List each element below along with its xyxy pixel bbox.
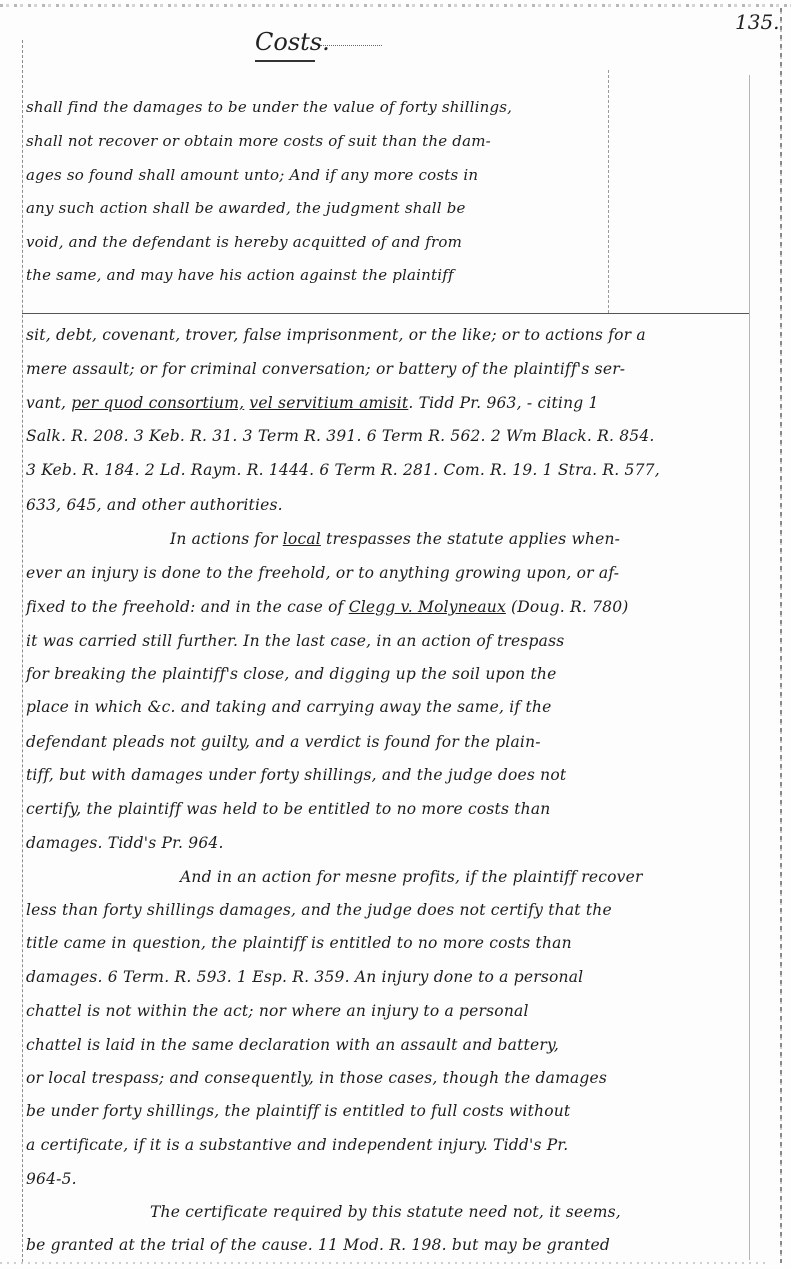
boxed-line: shall not recover or obtain more costs o… xyxy=(26,132,491,150)
text-line: or local trespass; and consequently, in … xyxy=(26,1069,607,1087)
text-line: chattel is laid in the same declaration … xyxy=(26,1036,559,1054)
text-line: In actions for local trespasses the stat… xyxy=(170,530,620,548)
text-line: 964-5. xyxy=(26,1170,77,1188)
underlined-phrase: per quod consortium, xyxy=(71,394,244,412)
text-line: ever an injury is done to the freehold, … xyxy=(26,564,619,582)
text-line: a certificate, if it is a substantive an… xyxy=(26,1136,568,1154)
text-line: tiff, but with damages under forty shill… xyxy=(26,766,566,784)
scan-top-edge xyxy=(0,4,791,7)
underlined-phrase: local xyxy=(283,530,321,548)
heading-underline xyxy=(255,60,315,62)
heading-dash xyxy=(320,45,382,46)
right-margin-rule xyxy=(749,75,750,1260)
text-run: vant, xyxy=(26,394,71,412)
manuscript-page: 135. Costs. shall find the damages to be… xyxy=(0,0,791,1269)
left-margin-rule xyxy=(22,40,23,1262)
boxed-line: any such action shall be awarded, the ju… xyxy=(26,199,466,217)
boxed-line: void, and the defendant is hereby acquit… xyxy=(26,233,462,251)
scan-right-edge xyxy=(780,8,782,1263)
text-run: In actions for xyxy=(170,530,283,548)
text-line: vant, per quod consortium, vel servitium… xyxy=(26,394,599,412)
text-line: certify, the plaintiff was held to be en… xyxy=(26,800,551,818)
text-line: damages. Tidd's Pr. 964. xyxy=(26,834,224,852)
underlined-phrase: vel servitium amisit xyxy=(249,394,408,412)
text-line: it was carried still further. In the las… xyxy=(26,632,564,650)
text-line: Salk. R. 208. 3 Keb. R. 31. 3 Term R. 39… xyxy=(26,427,655,445)
text-line: for breaking the plaintiff's close, and … xyxy=(26,665,556,683)
text-line: be under forty shillings, the plaintiff … xyxy=(26,1102,570,1120)
text-line: chattel is not within the act; nor where… xyxy=(26,1002,529,1020)
text-line: 633, 645, and other authorities. xyxy=(26,496,283,514)
text-line: place in which &c. and taking and carryi… xyxy=(26,698,551,716)
text-line: The certificate required by this statute… xyxy=(150,1203,621,1221)
scan-bottom-edge xyxy=(0,1262,770,1264)
underlined-phrase: Clegg v. Molyneaux xyxy=(349,598,506,616)
text-line: 3 Keb. R. 184. 2 Ld. Raym. R. 1444. 6 Te… xyxy=(26,461,660,479)
text-line: defendant pleads not guilty, and a verdi… xyxy=(26,733,541,751)
text-line: less than forty shillings damages, and t… xyxy=(26,901,612,919)
text-run: . Tidd Pr. 963, - citing 1 xyxy=(408,394,598,412)
text-line: And in an action for mesne profits, if t… xyxy=(180,868,643,886)
text-line: be granted at the trial of the cause. 11… xyxy=(26,1236,610,1254)
text-line: damages. 6 Term. R. 593. 1 Esp. R. 359. … xyxy=(26,968,583,986)
boxed-line: ages so found shall amount unto; And if … xyxy=(26,166,478,184)
text-run: fixed to the freehold: and in the case o… xyxy=(26,598,349,616)
text-line: fixed to the freehold: and in the case o… xyxy=(26,598,629,616)
page-heading: Costs. xyxy=(255,28,330,56)
boxed-section-right-rule xyxy=(608,70,609,313)
boxed-line: shall find the damages to be under the v… xyxy=(26,98,512,116)
text-run: trespasses the statute applies when- xyxy=(321,530,620,548)
text-line: sit, debt, covenant, trover, false impri… xyxy=(26,326,646,344)
text-run: (Doug. R. 780) xyxy=(506,598,629,616)
boxed-section-bottom-rule xyxy=(22,313,749,314)
boxed-line: the same, and may have his action agains… xyxy=(26,266,454,284)
text-line: mere assault; or for criminal conversati… xyxy=(26,360,625,378)
page-number: 135. xyxy=(735,10,780,34)
text-line: title came in question, the plaintiff is… xyxy=(26,934,572,952)
